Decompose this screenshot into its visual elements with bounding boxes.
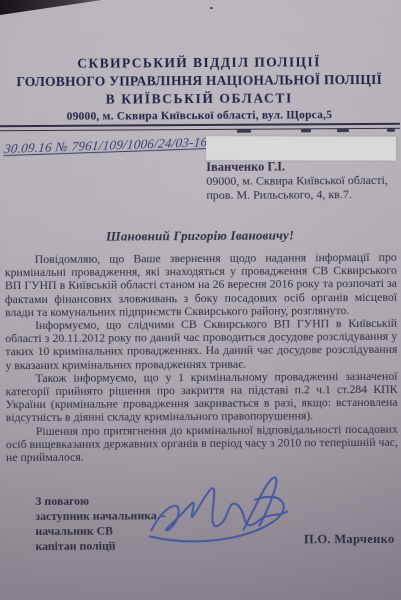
paragraph-1: Повідомляю, що Ваше звернення щодо надан… (5, 251, 397, 319)
body-text: Повідомляю, що Ваше звернення щодо надан… (5, 251, 398, 465)
signoff-line-4: капітан поліції (35, 538, 165, 554)
paragraph-3: Також інформуємо, що у 1 кримінальному п… (5, 370, 397, 425)
signoff-line-3: начальник СВ (35, 523, 165, 539)
paragraph-4: Рішення про притягнення до кримінальної … (6, 422, 398, 464)
redaction-box (206, 136, 396, 160)
recipient-address-1: 09000, м. Сквира Київської області, (206, 174, 388, 189)
document-photo: СКВИРСЬКИЙ ВІДДІЛ ПОЛІЦІЇ ГОЛОВНОГО УПРА… (0, 0, 401, 600)
handwritten-reference: 30.09.16 № 7961/109/1006/24/03-16 (3, 134, 208, 157)
paragraph-2: Інформуємо, що слідчими СВ Сквирського В… (5, 317, 397, 372)
letter-content: СКВИРСЬКИЙ ВІДДІЛ ПОЛІЦІЇ ГОЛОВНОГО УПРА… (0, 0, 401, 600)
letterhead: СКВИРСЬКИЙ ВІДДІЛ ПОЛІЦІЇ ГОЛОВНОГО УПРА… (0, 54, 400, 123)
signoff-line-1: З повагою (35, 493, 165, 509)
letterhead-address: 09000, м. Сквира Київської області, вул.… (0, 109, 400, 123)
letterhead-line-1: СКВИРСЬКИЙ ВІДДІЛ ПОЛІЦІЇ (0, 54, 400, 72)
recipient-block: Іванченко Г.І. 09000, м. Сквира Київсько… (206, 160, 388, 202)
letterhead-line-2: ГОЛОВНОГО УПРАВЛІННЯ НАЦІОНАЛЬНОЇ ПОЛІЦІ… (0, 72, 400, 90)
letterhead-line-3: В КИЇВСЬКІЙ ОБЛАСТІ (0, 90, 400, 108)
salutation: Шановний Григорію Івановичу! (0, 227, 401, 245)
redaction-remnant-marks (209, 129, 396, 136)
signee-name: П.О. Марченко (304, 532, 395, 548)
signature-ink-stroke (147, 471, 312, 554)
signoff-line-2: заступник начальника – (35, 508, 165, 524)
recipient-address-2: пров. М. Рильського, 4, кв.7. (206, 187, 388, 202)
signature-block: З повагою заступник начальника – начальн… (35, 493, 166, 554)
